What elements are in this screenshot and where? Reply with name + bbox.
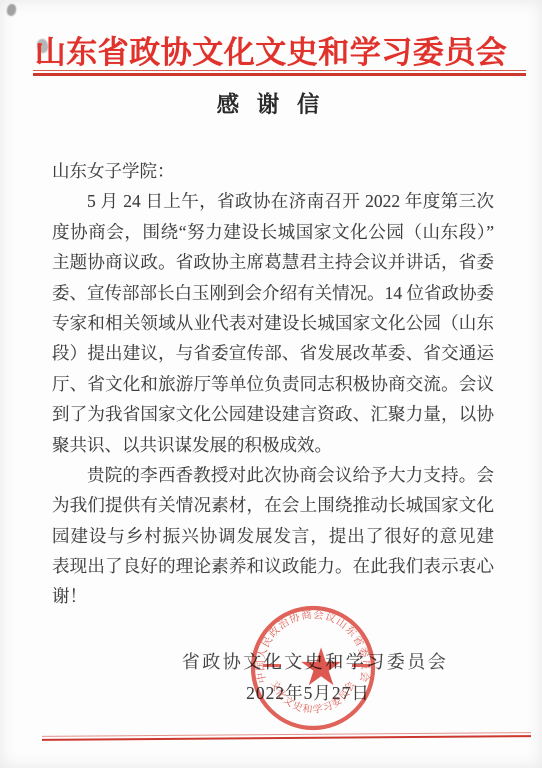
body-line: 度协商会，围绕“努力建设长城国家文化公园（山东段）” bbox=[52, 217, 494, 247]
body-line: 主题协商议政。省政协主席葛慧君主持会议并讲话，省委常 bbox=[52, 247, 494, 277]
letterhead-org: 山东省政协文化文史和学习委员会 bbox=[0, 27, 542, 72]
body-line: 表现出了良好的理论素养和议政能力。在此我们表示衷心感 bbox=[52, 551, 494, 581]
seal-right-dash bbox=[352, 664, 370, 667]
salutation-line: 山东女子学院： bbox=[52, 156, 494, 186]
body-line: 专家和相关领域从业代表对建设长城国家文化公园（山东 bbox=[52, 308, 494, 338]
body-line: 段）提出建议，与省委宣传部、省发展改革委、省交通运输 bbox=[52, 338, 494, 368]
body-line: 厅、省文化和旅游厅等单位负责同志积极协商交流。会议达 bbox=[52, 369, 494, 399]
letterhead-double-rule bbox=[33, 70, 526, 76]
seal-left-dash bbox=[263, 664, 281, 667]
letter-page: 山东省政协文化文史和学习委员会 感 谢 信 山东女子学院： 5 月 24 日上午… bbox=[0, 0, 542, 768]
footer-double-rule bbox=[42, 732, 531, 741]
seal-star-icon: ★ bbox=[298, 638, 345, 698]
body-line: 为我们提供有关情况素材，在会上围绕推动长城国家文化公 bbox=[52, 490, 494, 520]
letter-body: 山东女子学院： 5 月 24 日上午，省政协在济南召开 2022 年度第三次月 … bbox=[52, 156, 494, 612]
body-line: 5 月 24 日上午，省政协在济南召开 2022 年度第三次月 bbox=[52, 186, 494, 216]
letter-title: 感 谢 信 bbox=[0, 87, 542, 119]
scan-smudge-mark bbox=[6, 3, 17, 17]
body-line: 贵院的李西香教授对此次协商会议给予大力支持。会前 bbox=[52, 460, 494, 490]
body-line: 聚共识、以共识谋发展的积极成效。 bbox=[52, 430, 494, 460]
body-line: 园建设与乡村振兴协调发展发言，提出了很好的意见建议， bbox=[52, 521, 494, 551]
official-seal: 中国人民政治协商会议山东省委员会 文化文史和学习委员会 ★ bbox=[246, 604, 382, 736]
body-line: 到了为我省国家文化公园建设建言资政、汇聚力量，以协商 bbox=[52, 399, 494, 429]
rule-thick-line bbox=[33, 73, 526, 76]
body-line: 委、宣传部部长白玉刚到会介绍有关情况。14 位省政协委员、 bbox=[52, 278, 494, 308]
